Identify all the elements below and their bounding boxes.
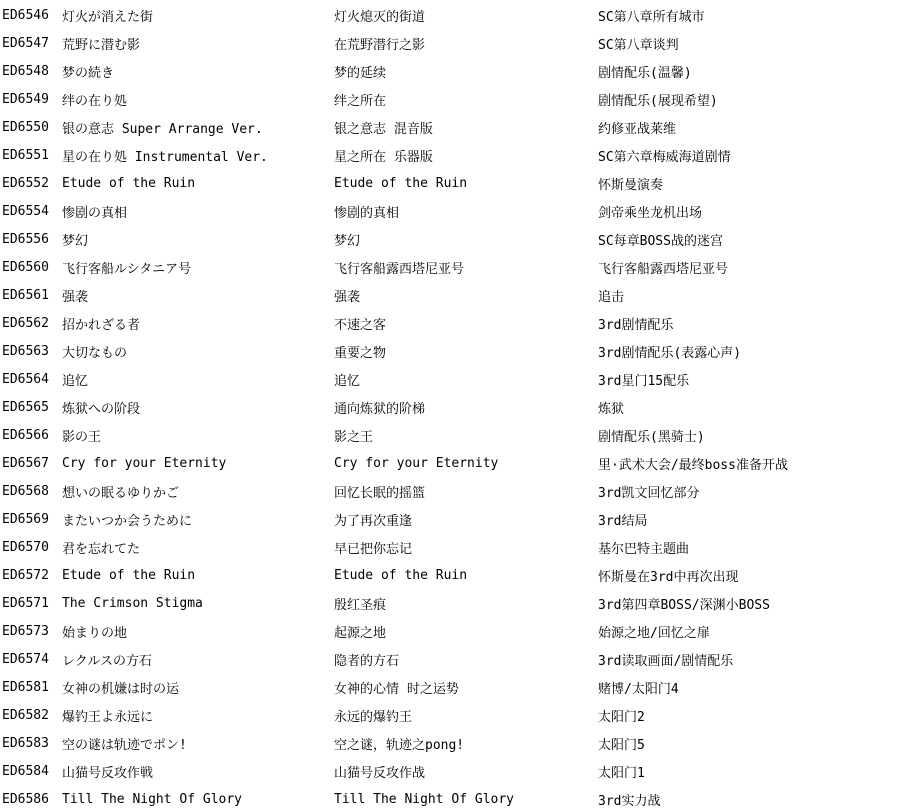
track-note: 剧情配乐(温馨) (598, 62, 900, 81)
track-note: 太阳门5 (598, 734, 900, 753)
track-title-jp: Etude of the Ruin (62, 568, 334, 583)
track-row: ED6563大切なもの重要之物3rd剧情配乐(表露心声) (2, 337, 900, 365)
track-title-cn: 在荒野潜行之影 (334, 34, 598, 53)
track-row: ED6550银の意志 Super Arrange Ver.银之意志 混音版约修亚… (2, 113, 900, 141)
track-id: ED6561 (2, 288, 62, 303)
track-row: ED6586Till The Night Of GloryTill The Ni… (2, 785, 900, 812)
track-title-cn: 银之意志 混音版 (334, 118, 598, 137)
track-title-jp: 荒野に潜む影 (62, 34, 334, 53)
track-id: ED6552 (2, 176, 62, 191)
track-title-jp: 山猫号反攻作戦 (62, 762, 334, 781)
track-title-cn: 隐者的方石 (334, 650, 598, 669)
track-note: 3rd读取画面/剧情配乐 (598, 650, 900, 669)
track-title-cn: Till The Night Of Glory (334, 792, 598, 807)
track-row: ED6560飞行客船ルシタニア号飞行客船露西塔尼亚号飞行客船露西塔尼亚号 (2, 253, 900, 281)
track-note: 剑帝乘坐龙机出场 (598, 202, 900, 221)
track-id: ED6583 (2, 736, 62, 751)
track-id: ED6564 (2, 372, 62, 387)
track-note: 3rd第四章BOSS/深渊小BOSS (598, 594, 900, 613)
track-title-jp: 空の谜は轨迹でポン! (62, 734, 334, 753)
track-title-jp: The Crimson Stigma (62, 596, 334, 611)
track-note: 3rd星门15配乐 (598, 370, 900, 389)
track-title-jp: 惨剧の真相 (62, 202, 334, 221)
track-title-cn: Cry for your Eternity (334, 456, 598, 471)
track-title-cn: 强袭 (334, 286, 598, 305)
track-title-jp: 星の在り処 Instrumental Ver. (62, 146, 334, 165)
track-note: 太阳门2 (598, 706, 900, 725)
track-row: ED6574レクルスの方石隐者的方石3rd读取画面/剧情配乐 (2, 645, 900, 673)
track-title-cn: 殷红圣痕 (334, 594, 598, 613)
track-title-jp: 灯火が消えた街 (62, 6, 334, 25)
track-title-cn: 惨剧的真相 (334, 202, 598, 221)
track-row: ED6572Etude of the RuinEtude of the Ruin… (2, 561, 900, 589)
track-note: 约修亚战莱维 (598, 118, 900, 137)
track-row: ED6582爆钓王よ永远に永远的爆钓王太阳门2 (2, 701, 900, 729)
track-row: ED6562招かれざる者不速之客3rd剧情配乐 (2, 309, 900, 337)
track-id: ED6566 (2, 428, 62, 443)
track-row: ED6546灯火が消えた街灯火熄灭的街道SC第八章所有城市 (2, 1, 900, 29)
track-id: ED6582 (2, 708, 62, 723)
track-title-cn: 为了再次重逢 (334, 510, 598, 529)
track-id: ED6554 (2, 204, 62, 219)
track-note: 里·武术大会/最终boss准备开战 (598, 454, 900, 473)
track-title-jp: 招かれざる者 (62, 314, 334, 333)
track-note: 始源之地/回忆之扉 (598, 622, 900, 641)
track-id: ED6571 (2, 596, 62, 611)
track-id: ED6546 (2, 8, 62, 23)
track-row: ED6547荒野に潜む影在荒野潜行之影SC第八章谈判 (2, 29, 900, 57)
track-id: ED6581 (2, 680, 62, 695)
track-title-jp: 梦幻 (62, 230, 334, 249)
track-title-cn: 飞行客船露西塔尼亚号 (334, 258, 598, 277)
track-id: ED6547 (2, 36, 62, 51)
track-title-jp: またいつか会うために (62, 510, 334, 529)
track-row: ED6549绊の在り処绊之所在剧情配乐(展现希望) (2, 85, 900, 113)
track-note: SC第八章谈判 (598, 34, 900, 53)
track-id: ED6548 (2, 64, 62, 79)
track-id: ED6567 (2, 456, 62, 471)
track-id: ED6573 (2, 624, 62, 639)
track-id: ED6556 (2, 232, 62, 247)
track-id: ED6549 (2, 92, 62, 107)
track-title-cn: 梦幻 (334, 230, 598, 249)
track-note: 追击 (598, 286, 900, 305)
track-title-jp: 梦の続き (62, 62, 334, 81)
track-id: ED6563 (2, 344, 62, 359)
track-note: 太阳门1 (598, 762, 900, 781)
track-title-cn: 山猫号反攻作战 (334, 762, 598, 781)
track-row: ED6567Cry for your EternityCry for your … (2, 449, 900, 477)
track-title-jp: 想いの眠るゆりかご (62, 482, 334, 501)
track-title-jp: 女神の机嫌は时の运 (62, 678, 334, 697)
track-title-cn: 重要之物 (334, 342, 598, 361)
track-title-cn: 回忆长眠的摇篮 (334, 482, 598, 501)
track-note: 3rd结局 (598, 510, 900, 529)
track-row: ED6569またいつか会うために为了再次重逢3rd结局 (2, 505, 900, 533)
track-id: ED6572 (2, 568, 62, 583)
track-note: 炼狱 (598, 398, 900, 417)
track-title-cn: 通向炼狱的阶梯 (334, 398, 598, 417)
track-row: ED6552Etude of the RuinEtude of the Ruin… (2, 169, 900, 197)
track-title-cn: 起源之地 (334, 622, 598, 641)
track-title-cn: 影之王 (334, 426, 598, 445)
track-row: ED6581女神の机嫌は时の运女神的心情 时之运势赌博/太阳门4 (2, 673, 900, 701)
track-title-jp: 银の意志 Super Arrange Ver. (62, 118, 334, 137)
track-note: 3rd凯文回忆部分 (598, 482, 900, 501)
track-id: ED6568 (2, 484, 62, 499)
track-title-jp: レクルスの方石 (62, 650, 334, 669)
track-row: ED6583空の谜は轨迹でポン!空之谜，轨迹之pong!太阳门5 (2, 729, 900, 757)
track-note: 3rd剧情配乐(表露心声) (598, 342, 900, 361)
track-note: 剧情配乐(展现希望) (598, 90, 900, 109)
track-id: ED6562 (2, 316, 62, 331)
track-id: ED6551 (2, 148, 62, 163)
track-row: ED6571The Crimson Stigma殷红圣痕3rd第四章BOSS/深… (2, 589, 900, 617)
track-title-jp: Till The Night Of Glory (62, 792, 334, 807)
track-title-cn: 星之所在 乐器版 (334, 146, 598, 165)
track-title-cn: 永远的爆钓王 (334, 706, 598, 725)
track-row: ED6568想いの眠るゆりかご回忆长眠的摇篮3rd凯文回忆部分 (2, 477, 900, 505)
track-title-cn: 追忆 (334, 370, 598, 389)
track-row: ED6565炼狱への阶段通向炼狱的阶梯炼狱 (2, 393, 900, 421)
track-title-jp: 绊の在り処 (62, 90, 334, 109)
track-note: 怀斯曼在3rd中再次出现 (598, 566, 900, 585)
track-title-jp: Cry for your Eternity (62, 456, 334, 471)
track-title-cn: 空之谜，轨迹之pong! (334, 734, 598, 753)
track-title-cn: 女神的心情 时之运势 (334, 678, 598, 697)
track-id: ED6570 (2, 540, 62, 555)
track-id: ED6574 (2, 652, 62, 667)
soundtrack-list: ED6546灯火が消えた街灯火熄灭的街道SC第八章所有城市ED6547荒野に潜む… (0, 0, 900, 812)
track-row: ED6573始まりの地起源之地始源之地/回忆之扉 (2, 617, 900, 645)
track-row: ED6551星の在り処 Instrumental Ver.星之所在 乐器版SC第… (2, 141, 900, 169)
track-note: 基尔巴特主题曲 (598, 538, 900, 557)
track-title-cn: 不速之客 (334, 314, 598, 333)
track-row: ED6548梦の続き梦的延续剧情配乐(温馨) (2, 57, 900, 85)
track-title-jp: 影の王 (62, 426, 334, 445)
track-title-jp: 炼狱への阶段 (62, 398, 334, 417)
track-title-jp: 始まりの地 (62, 622, 334, 641)
track-id: ED6560 (2, 260, 62, 275)
track-note: SC第六章梅威海道剧情 (598, 146, 900, 165)
track-row: ED6561强袭强袭追击 (2, 281, 900, 309)
track-id: ED6584 (2, 764, 62, 779)
track-title-cn: 绊之所在 (334, 90, 598, 109)
track-row: ED6564追忆追忆3rd星门15配乐 (2, 365, 900, 393)
track-note: 怀斯曼演奏 (598, 174, 900, 193)
track-title-cn: 灯火熄灭的街道 (334, 6, 598, 25)
track-note: SC每章BOSS战的迷宫 (598, 230, 900, 249)
track-title-cn: 早已把你忘记 (334, 538, 598, 557)
track-id: ED6565 (2, 400, 62, 415)
track-id: ED6586 (2, 792, 62, 807)
track-id: ED6550 (2, 120, 62, 135)
track-id: ED6569 (2, 512, 62, 527)
track-note: 飞行客船露西塔尼亚号 (598, 258, 900, 277)
track-row: ED6566影の王影之王剧情配乐(黑骑士) (2, 421, 900, 449)
track-note: 3rd剧情配乐 (598, 314, 900, 333)
track-title-cn: 梦的延续 (334, 62, 598, 81)
track-title-jp: Etude of the Ruin (62, 176, 334, 191)
track-row: ED6556梦幻梦幻SC每章BOSS战的迷宫 (2, 225, 900, 253)
track-note: 3rd实力战 (598, 790, 900, 809)
track-title-jp: 追忆 (62, 370, 334, 389)
track-title-jp: 大切なもの (62, 342, 334, 361)
track-title-cn: Etude of the Ruin (334, 176, 598, 191)
track-title-jp: 飞行客船ルシタニア号 (62, 258, 334, 277)
track-row: ED6570君を忘れてた早已把你忘记基尔巴特主题曲 (2, 533, 900, 561)
track-title-jp: 强袭 (62, 286, 334, 305)
track-title-jp: 爆钓王よ永远に (62, 706, 334, 725)
track-note: SC第八章所有城市 (598, 6, 900, 25)
track-row: ED6554惨剧の真相惨剧的真相剑帝乘坐龙机出场 (2, 197, 900, 225)
track-title-cn: Etude of the Ruin (334, 568, 598, 583)
track-title-jp: 君を忘れてた (62, 538, 334, 557)
track-row: ED6584山猫号反攻作戦山猫号反攻作战太阳门1 (2, 757, 900, 785)
track-note: 赌博/太阳门4 (598, 678, 900, 697)
track-note: 剧情配乐(黑骑士) (598, 426, 900, 445)
